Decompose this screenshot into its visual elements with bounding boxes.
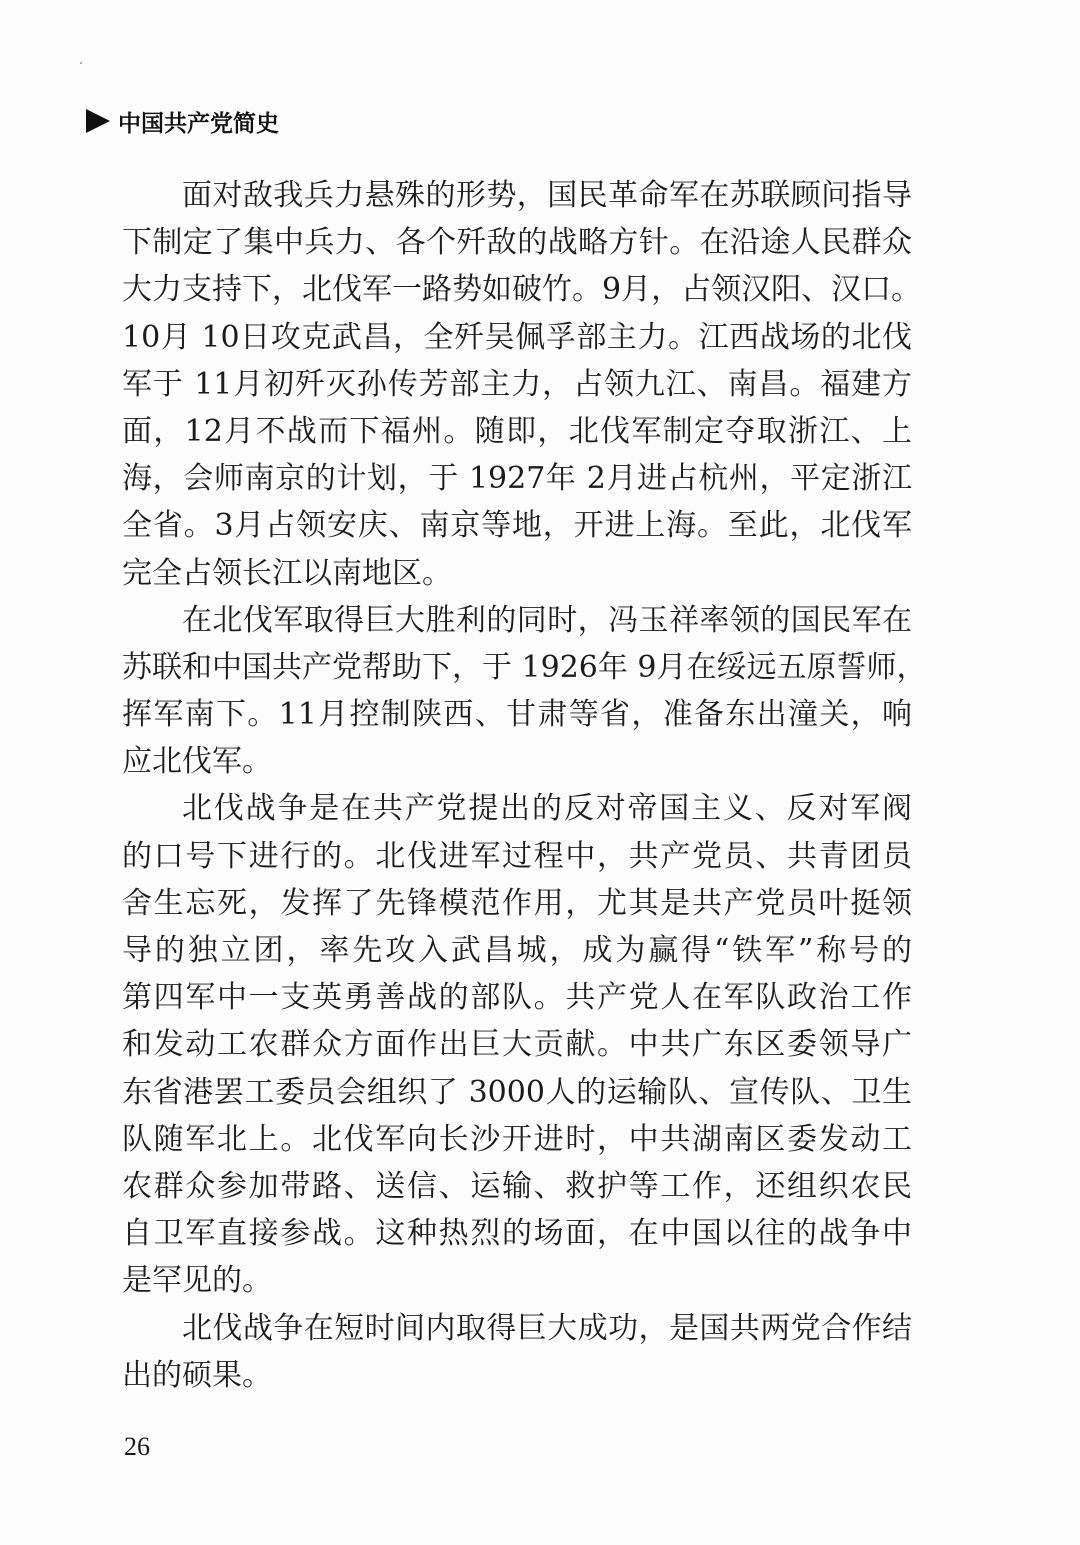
text-line: 舍生忘死，发挥了先锋模范作用，尤其是共产党员叶挺领	[122, 880, 912, 927]
text-line: 第四军中一支英勇善战的部队。共产党人在军队政治工作	[122, 974, 912, 1021]
text-line: 自卫军直接参战。这种热烈的场面，在中国以往的战争中	[122, 1210, 912, 1257]
text-line: 面对敌我兵力悬殊的形势，国民革命军在苏联顾问指导	[122, 172, 912, 219]
text-line: 军于 11月初歼灭孙传芳部主力，占领九江、南昌。福建方	[122, 361, 912, 408]
text-line: 出的硕果。	[122, 1352, 912, 1399]
text-line: 是罕见的。	[122, 1257, 912, 1304]
paragraph-4: 北伐战争在短时间内取得巨大成功，是国共两党合作结 出的硕果。	[122, 1305, 912, 1399]
text-line: 面，12月不战而下福州。随即，北伐军制定夺取浙江、上	[122, 408, 912, 455]
text-line: 全省。3月占领安庆、南京等地，开进上海。至此，北伐军	[122, 502, 912, 549]
paragraph-2: 在北伐军取得巨大胜利的同时，冯玉祥率领的国民军在 苏联和中国共产党帮助下，于 1…	[122, 597, 912, 786]
text-line: 的口号下进行的。北伐进军过程中，共产党员、共青团员	[122, 833, 912, 880]
text-line: 在北伐军取得巨大胜利的同时，冯玉祥率领的国民军在	[122, 597, 912, 644]
text-line: 下制定了集中兵力、各个歼敌的战略方针。在沿途人民群众	[122, 219, 912, 266]
paragraph-1: 面对敌我兵力悬殊的形势，国民革命军在苏联顾问指导 下制定了集中兵力、各个歼敌的战…	[122, 172, 912, 597]
text-line: 苏联和中国共产党帮助下，于 1926年 9月在绥远五原誓师，	[122, 644, 912, 691]
book-title: 中国共产党简史	[118, 105, 279, 138]
text-line: 大力支持下，北伐军一路势如破竹。9月，占领汉阳、汉口。	[122, 266, 912, 313]
running-header: 中国共产党简史	[86, 104, 279, 138]
text-line: 北伐战争在短时间内取得巨大成功，是国共两党合作结	[122, 1305, 912, 1352]
text-line: 农群众参加带路、送信、运输、救护等工作，还组织农民	[122, 1163, 912, 1210]
book-page: 中国共产党简史 面对敌我兵力悬殊的形势，国民革命军在苏联顾问指导 下制定了集中兵…	[0, 0, 1080, 1545]
text-line: 应北伐军。	[122, 738, 912, 785]
text-line: 东省港罢工委员会组织了 3000人的运输队、宣传队、卫生	[122, 1069, 912, 1116]
text-line: 队随军北上。北伐军向长沙开进时，中共湖南区委发动工	[122, 1116, 912, 1163]
page-number: 26	[124, 1432, 150, 1462]
text-line: 北伐战争是在共产党提出的反对帝国主义、反对军阀	[122, 785, 912, 832]
text-line: 和发动工农群众方面作出巨大贡献。中共广东区委领导广	[122, 1021, 912, 1068]
triangle-marker-icon	[86, 109, 110, 133]
text-line: 挥军南下。11月控制陕西、甘肃等省，准备东出潼关，响	[122, 691, 912, 738]
text-line: 海，会师南京的计划，于 1927年 2月进占杭州，平定浙江	[122, 455, 912, 502]
paragraph-3: 北伐战争是在共产党提出的反对帝国主义、反对军阀 的口号下进行的。北伐进军过程中，…	[122, 785, 912, 1304]
text-line: 10月 10日攻克武昌，全歼吴佩孚部主力。江西战场的北伐	[122, 314, 912, 361]
text-line: 导的独立团，率先攻入武昌城，成为赢得“铁军”称号的	[122, 927, 912, 974]
scan-artifact-dot	[80, 62, 82, 64]
body-text: 面对敌我兵力悬殊的形势，国民革命军在苏联顾问指导 下制定了集中兵力、各个歼敌的战…	[122, 172, 912, 1399]
text-line: 完全占领长江以南地区。	[122, 550, 912, 597]
